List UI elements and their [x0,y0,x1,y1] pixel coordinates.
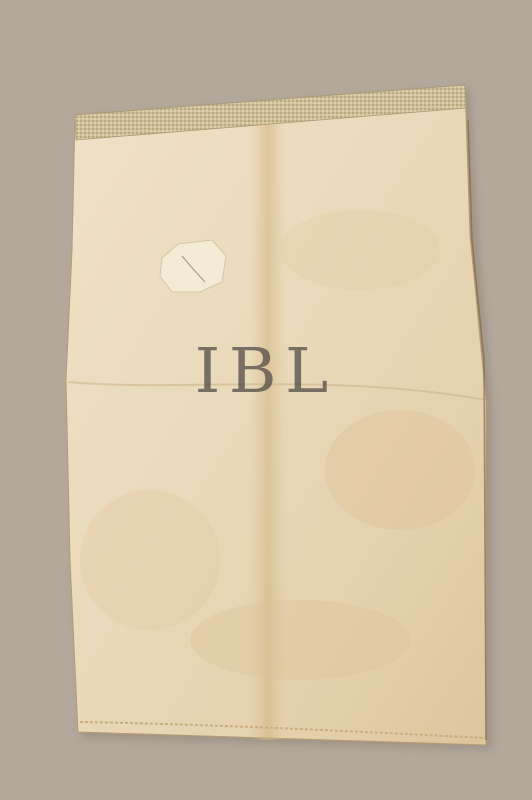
stain [80,490,220,630]
photo-scene: IBL Stenciled cloth sack laid flat on a … [0,0,532,800]
stain [280,210,440,290]
stain [325,410,475,530]
stencil-lettering: IBL [195,340,337,402]
stain [190,600,410,680]
